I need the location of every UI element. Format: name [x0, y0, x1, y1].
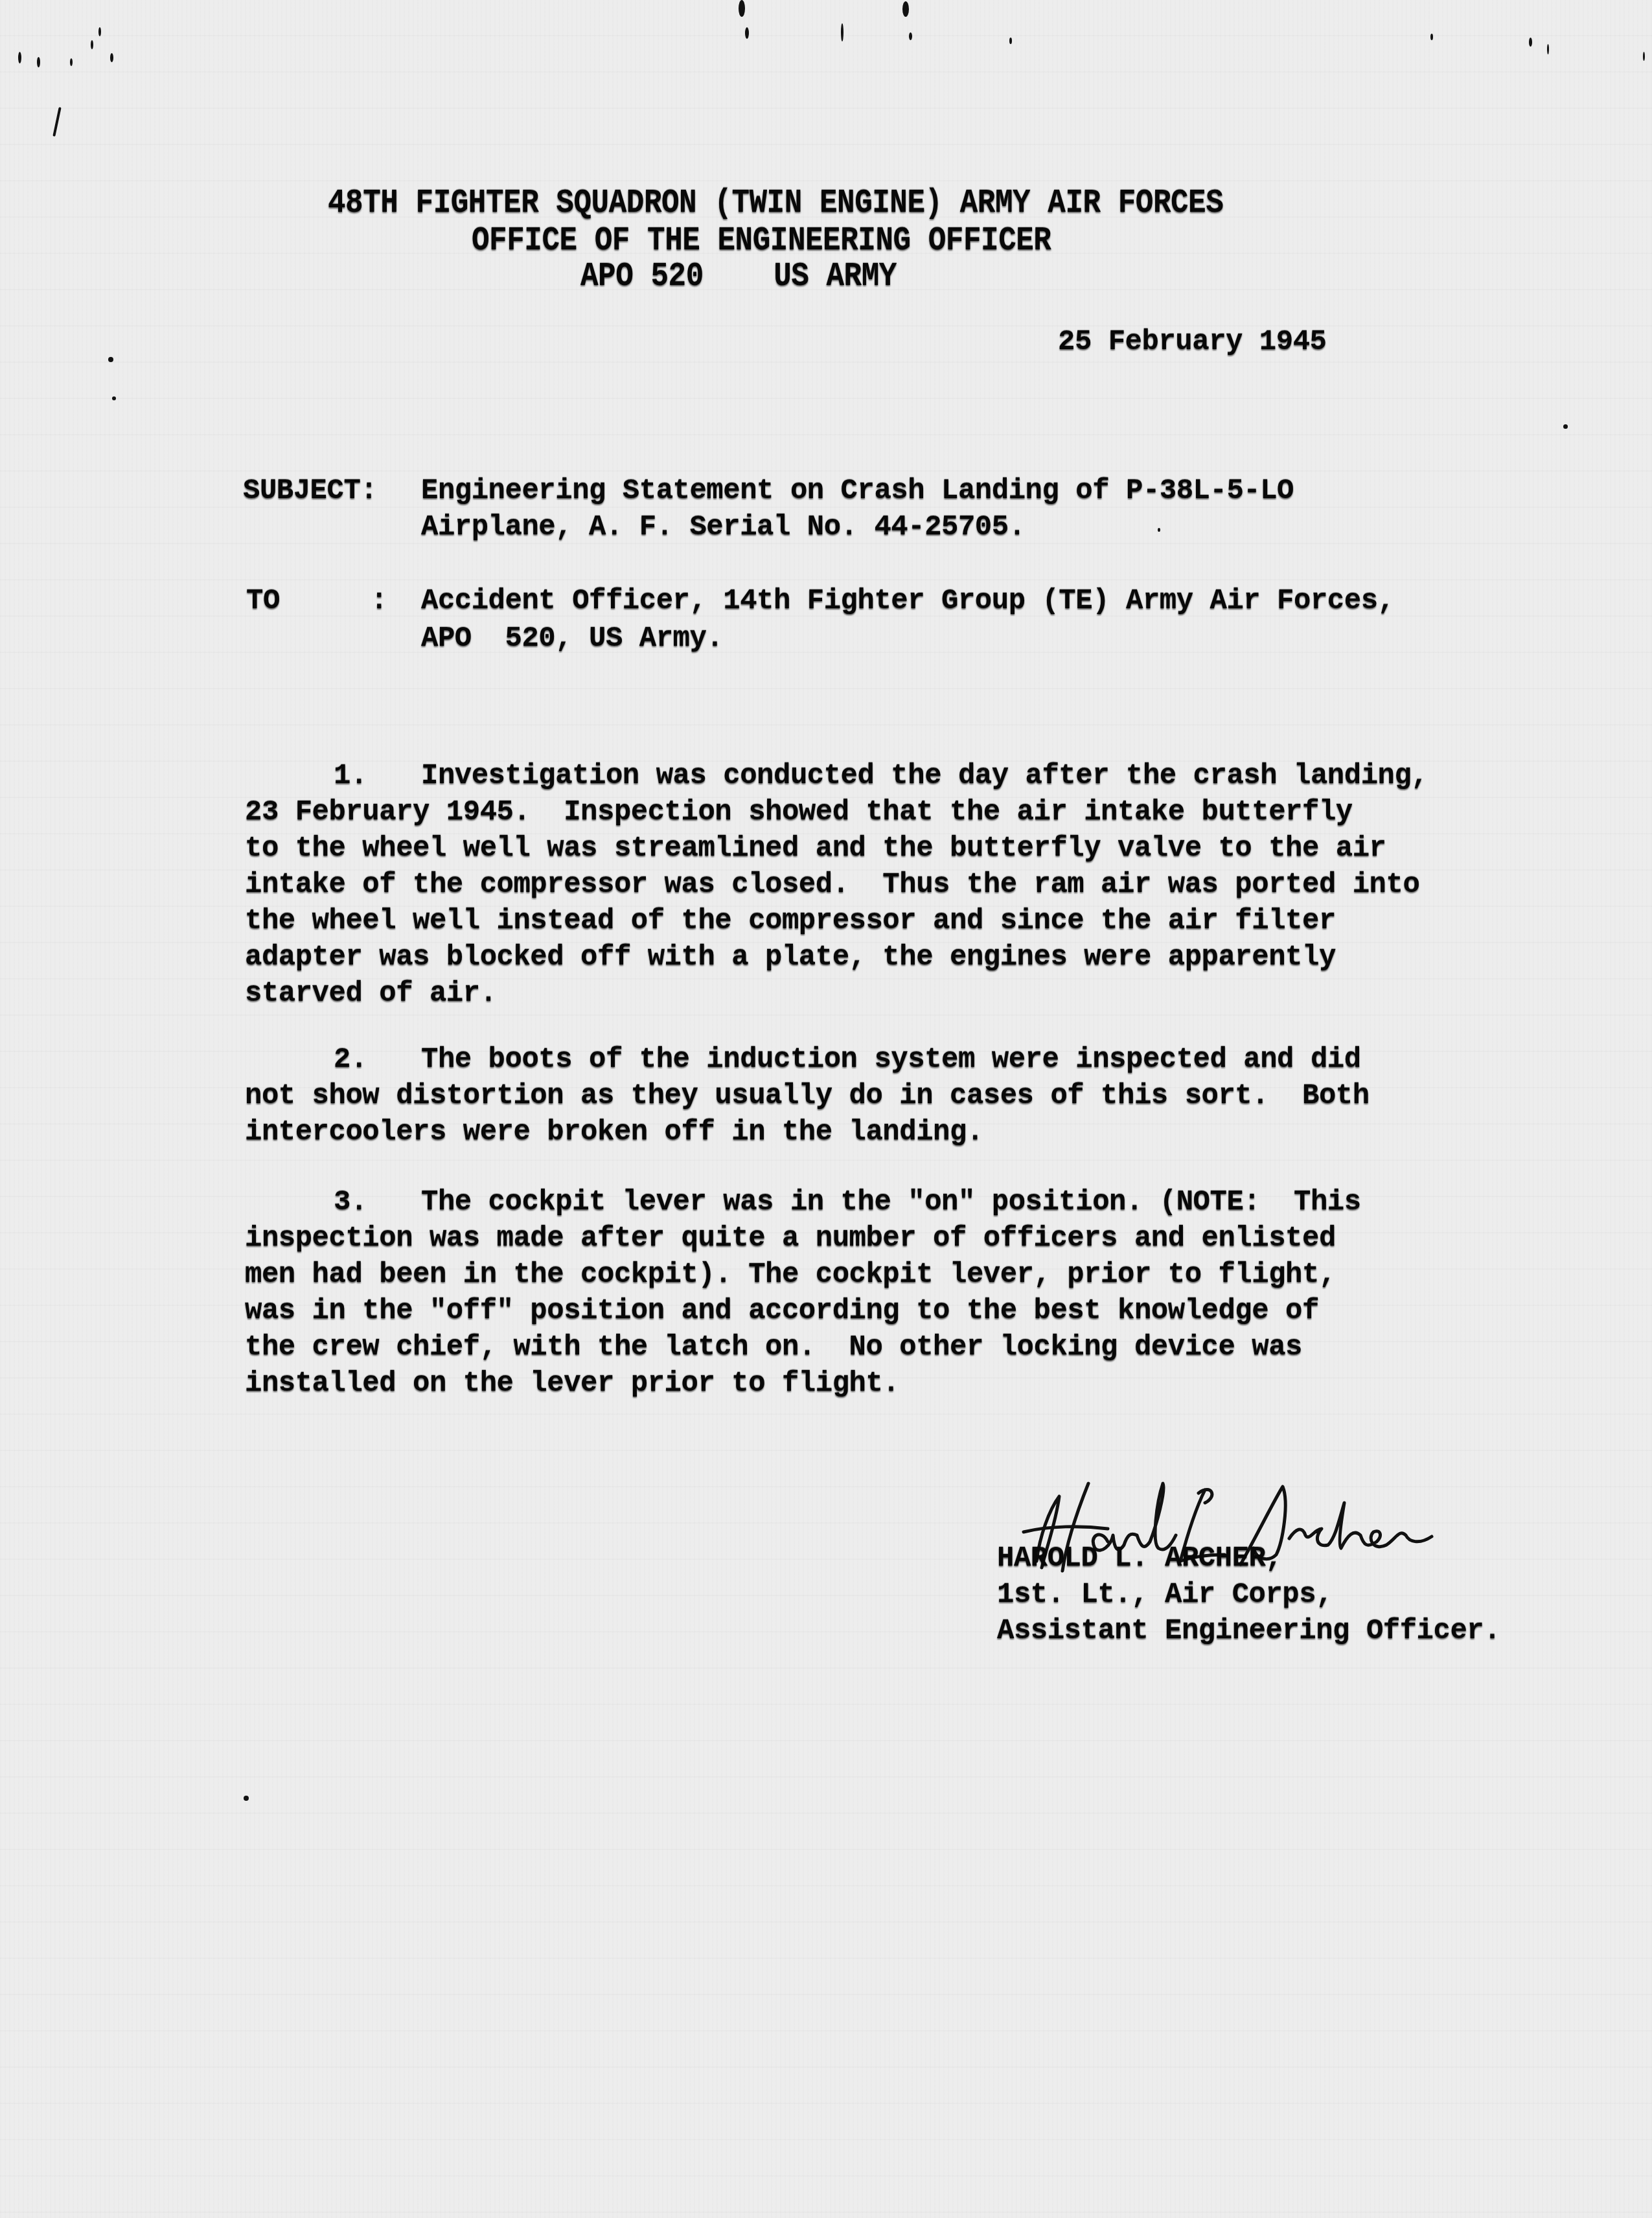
paragraph-number: 3. [334, 1184, 367, 1221]
paragraph-line: not show distortion as they usually do i… [245, 1078, 1370, 1115]
scan-speck [112, 396, 116, 400]
scan-speck [1009, 38, 1012, 44]
scan-speck [244, 1796, 249, 1801]
scan-speck [902, 1, 909, 17]
scan-speck [98, 27, 101, 36]
signer-title: Assistant Engineering Officer. [997, 1613, 1500, 1650]
signer-rank: 1st. Lt., Air Corps, [997, 1577, 1333, 1614]
paragraph-line: the wheel well instead of the compressor… [245, 903, 1336, 940]
paragraph-line: The boots of the induction system were i… [421, 1042, 1361, 1079]
scan-speck [52, 107, 61, 137]
scan-speck [1643, 52, 1645, 61]
subject-line-2: Airplane, A. F. Serial No. 44-25705. [421, 509, 1026, 546]
scan-speck [91, 40, 93, 49]
document-date: 25 February 1945 [1058, 324, 1326, 361]
scan-speck [841, 23, 843, 41]
paragraph-line: Investigation was conducted the day afte… [421, 758, 1428, 795]
to-label: TO [246, 583, 280, 620]
paragraph-line: 23 February 1945. Inspection showed that… [245, 794, 1353, 831]
scan-speck [745, 27, 749, 39]
scan-speck [37, 57, 40, 67]
to-line-1: Accident Officer, 14th Fighter Group (TE… [421, 583, 1394, 620]
scan-speck [18, 52, 21, 63]
scan-speck [1563, 424, 1568, 429]
paragraph-line: starved of air. [245, 976, 497, 1012]
scan-speck [110, 53, 113, 62]
paragraph-line: was in the "off" position and according … [245, 1293, 1319, 1330]
letterhead-line-1: 48TH FIGHTER SQUADRON (TWIN ENGINE) ARMY… [328, 183, 1223, 224]
scan-speck [909, 32, 912, 40]
paragraph-line: inspection was made after quite a number… [245, 1220, 1336, 1257]
paragraph-line: the crew chief, with the latch on. No ot… [245, 1329, 1302, 1366]
to-colon: : [371, 583, 387, 620]
scan-speck [739, 0, 745, 17]
document-page: 48TH FIGHTER SQUADRON (TWIN ENGINE) ARMY… [0, 0, 1652, 2218]
paragraph-number: 1. [334, 758, 367, 795]
subject-label: SUBJECT: [243, 473, 377, 510]
paragraph-line: intake of the compressor was closed. Thu… [245, 867, 1419, 904]
scan-speck [1430, 34, 1433, 40]
subject-line-1: Engineering Statement on Crash Landing o… [421, 473, 1294, 510]
paragraph-line: men had been in the cockpit). The cockpi… [245, 1257, 1336, 1294]
scan-speck [108, 357, 113, 362]
paragraph-line: The cockpit lever was in the "on" positi… [421, 1184, 1361, 1221]
paragraph-number: 2. [334, 1042, 367, 1079]
paragraph-line: intercoolers were broken off in the land… [245, 1114, 983, 1151]
scan-speck [1158, 528, 1160, 532]
signer-name: HAROLD L. ARCHER, [997, 1540, 1282, 1577]
to-line-2: APO 520, US Army. [421, 621, 723, 657]
scan-speck [70, 58, 73, 66]
paragraph-line: to the wheel well was streamlined and th… [245, 830, 1386, 867]
scan-speck [1529, 38, 1532, 47]
scan-speck [1547, 44, 1549, 54]
paragraph-line: adapter was blocked off with a plate, th… [245, 939, 1336, 976]
letterhead-line-3: APO 520 US ARMY [580, 256, 897, 297]
paragraph-line: installed on the lever prior to flight. [245, 1366, 899, 1402]
